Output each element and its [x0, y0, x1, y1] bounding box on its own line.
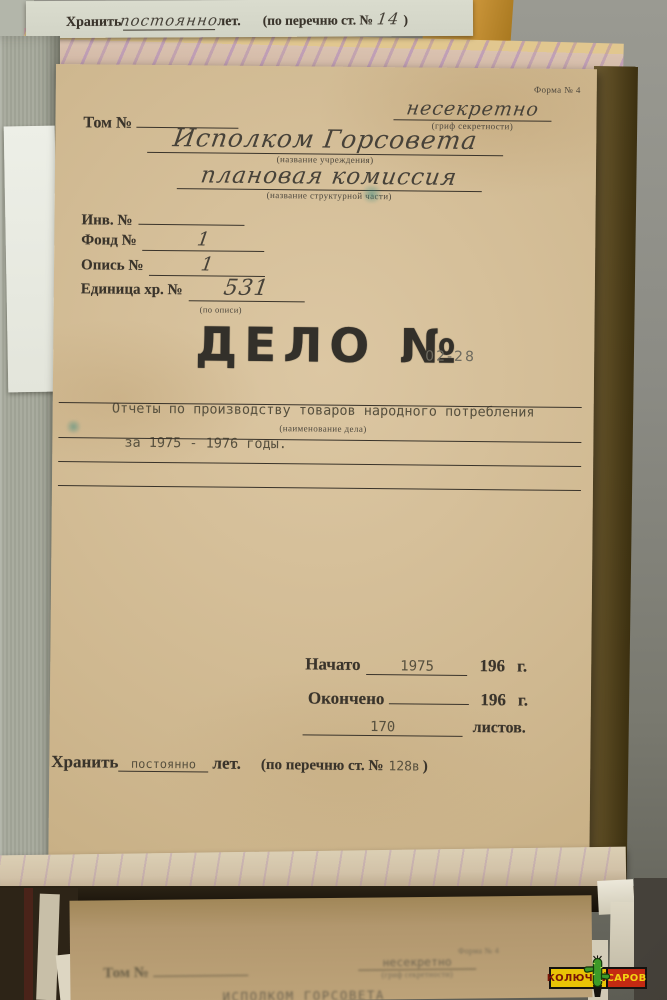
started-line: 1975: [366, 658, 467, 676]
fond-line: 1: [143, 234, 265, 252]
form-number: Форма № 4: [534, 85, 581, 95]
lower-tom-label: Том №: [103, 965, 149, 982]
case-number-stamp: 02-28: [425, 349, 476, 365]
keep-suffix: лет.: [217, 14, 240, 30]
keep-note-close: ): [423, 759, 428, 776]
started-year-suffix: г.: [517, 656, 527, 676]
keep-duration-value: постоянно: [131, 757, 196, 772]
storage-unit-value: 531: [222, 276, 271, 301]
keep-suffix: лет.: [212, 754, 241, 774]
finished-year-suffix: г.: [518, 690, 528, 710]
finished-year-prefix: 196: [480, 690, 506, 710]
bottom-left-spines: [0, 888, 78, 1000]
keep-note-article: 14: [376, 9, 401, 28]
archive-folder-photo: Хранить постоянно лет. (по перечню ст. №…: [0, 0, 667, 1000]
blank-rule-2: [58, 461, 581, 467]
inventory-line: [138, 208, 244, 226]
lower-secrecy-block: несекретно (гриф секретности): [358, 954, 476, 979]
site-watermark: КОЛЮЧИЙ САРОВ: [549, 954, 647, 1000]
case-heading: ДЕЛО №: [195, 317, 463, 375]
department-line: плановая комиссия: [177, 162, 482, 192]
started-row: Начато 1975 196 г.: [305, 654, 527, 676]
ink-smudge-small: [64, 420, 82, 433]
started-year-prefix: 196: [479, 656, 505, 676]
department-caption: (название структурной части): [177, 189, 482, 202]
started-value: 1975: [400, 658, 434, 674]
keep-duration-line: постоянно: [118, 755, 208, 773]
keep-label: Хранить: [66, 15, 121, 31]
lower-tom-row: Том №: [103, 959, 248, 983]
keep-note-prefix: (по перечню ст. №: [261, 757, 384, 775]
institution-line: Исполком Горсовета: [147, 123, 503, 156]
finished-label: Окончено: [308, 688, 385, 709]
keep-label: Хранить: [51, 752, 118, 773]
lower-institution-value: ИСПОЛКОМ ГОРСОВЕТА: [222, 987, 385, 1000]
institution-block: Исполком Горсовета (название учреждения): [147, 123, 503, 166]
watermark-right-text: САРОВ: [606, 967, 647, 989]
tom-label: Том №: [83, 114, 132, 132]
keep-note-prefix: (по перечню ст. №: [263, 12, 373, 29]
finished-row: Окончено 196 г.: [308, 686, 528, 710]
sheets-label: листов.: [473, 719, 526, 738]
storage-unit-caption: (по описи): [200, 304, 242, 314]
sheets-row: 170 листов.: [303, 717, 526, 737]
keep-note-close: ): [403, 12, 408, 28]
cactus-icon: [582, 954, 612, 1000]
storage-unit-label: Единица хр. №: [81, 281, 183, 299]
keep-row: Хранить постоянно лет. (по перечню ст. №…: [51, 752, 428, 776]
lower-secrecy-value: несекретно: [382, 955, 451, 970]
secrecy-value: несекретно: [405, 97, 541, 120]
beige-page-stripe: [36, 894, 60, 1000]
storage-unit-row: Единица хр. № 531: [81, 281, 305, 302]
fond-row: Фонд № 1: [81, 232, 265, 252]
ink-smudge: [360, 185, 384, 203]
inventory-row: Инв. №: [81, 207, 244, 231]
opis-line: 1: [149, 259, 265, 277]
department-block: плановая комиссия (название структурной …: [177, 162, 482, 202]
started-label: Начато: [305, 654, 361, 675]
department-value: плановая комиссия: [199, 162, 459, 190]
sheets-value: 170: [370, 719, 395, 735]
opis-value: 1: [199, 253, 215, 275]
storage-unit-line: 531: [189, 284, 305, 302]
fond-label: Фонд №: [81, 232, 137, 250]
maroon-spine-stripe: [24, 888, 33, 1000]
sheets-line: 170: [303, 718, 463, 737]
institution-value: Исполком Горсовета: [171, 123, 479, 155]
keep-duration-value: постоянно: [119, 11, 220, 30]
keep-duration-line: постоянно: [123, 13, 215, 30]
blank-rule-3: [58, 485, 581, 491]
lower-tom-line: [153, 959, 248, 977]
blank-spine-label: [4, 126, 60, 393]
lower-secrecy-caption: (гриф секретности): [358, 969, 476, 979]
lower-secrecy-line: несекретно: [358, 954, 476, 970]
opis-label: Опись №: [81, 257, 144, 275]
opis-row: Опись № 1: [81, 257, 266, 277]
finished-line: [388, 687, 468, 705]
secrecy-line: несекретно: [393, 97, 551, 122]
case-cover-page: Форма № 4 Том № несекретно (гриф секретн…: [48, 64, 597, 861]
lower-folder-cover: Форма № 4 Том № несекретно (гриф секретн…: [69, 895, 592, 1000]
keep-note-article: 128в: [388, 759, 419, 774]
inventory-label: Инв. №: [81, 212, 132, 229]
fond-value: 1: [196, 228, 212, 250]
upper-folder-keep-strip: Хранить постоянно лет. (по перечню ст. №…: [26, 0, 473, 38]
